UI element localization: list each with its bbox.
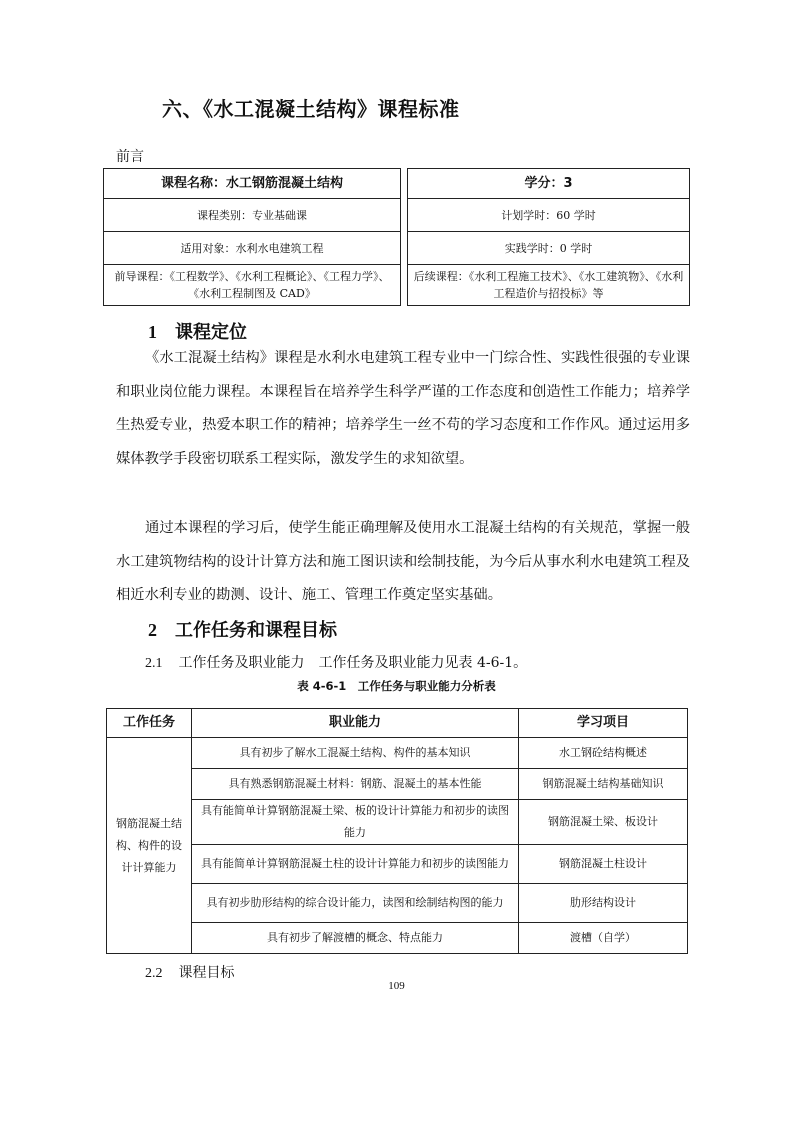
course-credits: 学分：3: [407, 169, 689, 199]
table-row: 具有初步了解渡槽的概念、特点能力 渡槽（自学）: [107, 923, 688, 954]
section-2-heading: 2工作任务和课程目标: [148, 616, 337, 642]
table-caption: 表 4-6-1 工作任务与职业能力分析表: [0, 678, 793, 694]
table-row: 具有熟悉钢筋混凝土材料：钢筋、混凝土的基本性能 钢筋混凝土结构基础知识: [107, 769, 688, 800]
table-row: 钢筋混凝土结构、构件的设计计算能力 具有初步了解水工混凝土结构、构件的基本知识 …: [107, 738, 688, 769]
header-task: 工作任务: [107, 709, 192, 738]
planned-hours: 计划学时：60 学时: [407, 199, 689, 232]
task-ability-table: 工作任务 职业能力 学习项目 钢筋混凝土结构、构件的设计计算能力 具有初步了解水…: [106, 708, 688, 954]
page-number: 109: [0, 980, 793, 992]
table-row: 具有能简单计算钢筋混凝土柱的设计计算能力和初步的读图能力 钢筋混凝土柱设计: [107, 845, 688, 884]
prerequisite-courses: 前导课程：《工程数学》、《水利工程概论》、《工程力学》、《水利工程制图及 CAD…: [104, 265, 401, 306]
subsection-2-1: 2.1工作任务及职业能力 工作任务及职业能力见表 4-6-1。: [145, 652, 527, 672]
table-row: 具有能简单计算钢筋混凝土梁、板的设计计算能力和初步的读图能力 钢筋混凝土梁、板设…: [107, 800, 688, 845]
practice-hours: 实践学时：0 学时: [407, 232, 689, 265]
section-1-paragraph-2: 通过本课程的学习后，使学生能正确理解及使用水工混凝土结构的有关规范，掌握一般水工…: [116, 512, 690, 613]
header-ability: 职业能力: [192, 709, 519, 738]
document-title: 六、《水工混凝土结构》课程标准: [162, 93, 460, 122]
task-cell: 钢筋混凝土结构、构件的设计计算能力: [107, 738, 192, 954]
course-name: 课程名称：水工钢筋混凝土结构: [104, 169, 401, 199]
subsection-2-2: 2.2课程目标: [145, 962, 235, 982]
section-1-paragraph-1: 《水工混凝土结构》课程是水利水电建筑工程专业中一门综合性、实践性很强的专业课和职…: [116, 342, 690, 476]
course-category: 课程类别：专业基础课: [104, 199, 401, 232]
course-info-table: 课程名称：水工钢筋混凝土结构 学分：3 课程类别：专业基础课 计划学时：60 学…: [103, 168, 690, 306]
course-audience: 适用对象：水利水电建筑工程: [104, 232, 401, 265]
table-row: 具有初步肋形结构的综合设计能力，读图和绘制结构图的能力 肋形结构设计: [107, 884, 688, 923]
preface-label: 前言: [116, 146, 144, 166]
section-1-heading: 1课程定位: [148, 318, 247, 344]
follow-up-courses: 后续课程：《水利工程施工技术》、《水工建筑物》、《水利工程造价与招投标》等: [407, 265, 689, 306]
header-project: 学习项目: [519, 709, 688, 738]
